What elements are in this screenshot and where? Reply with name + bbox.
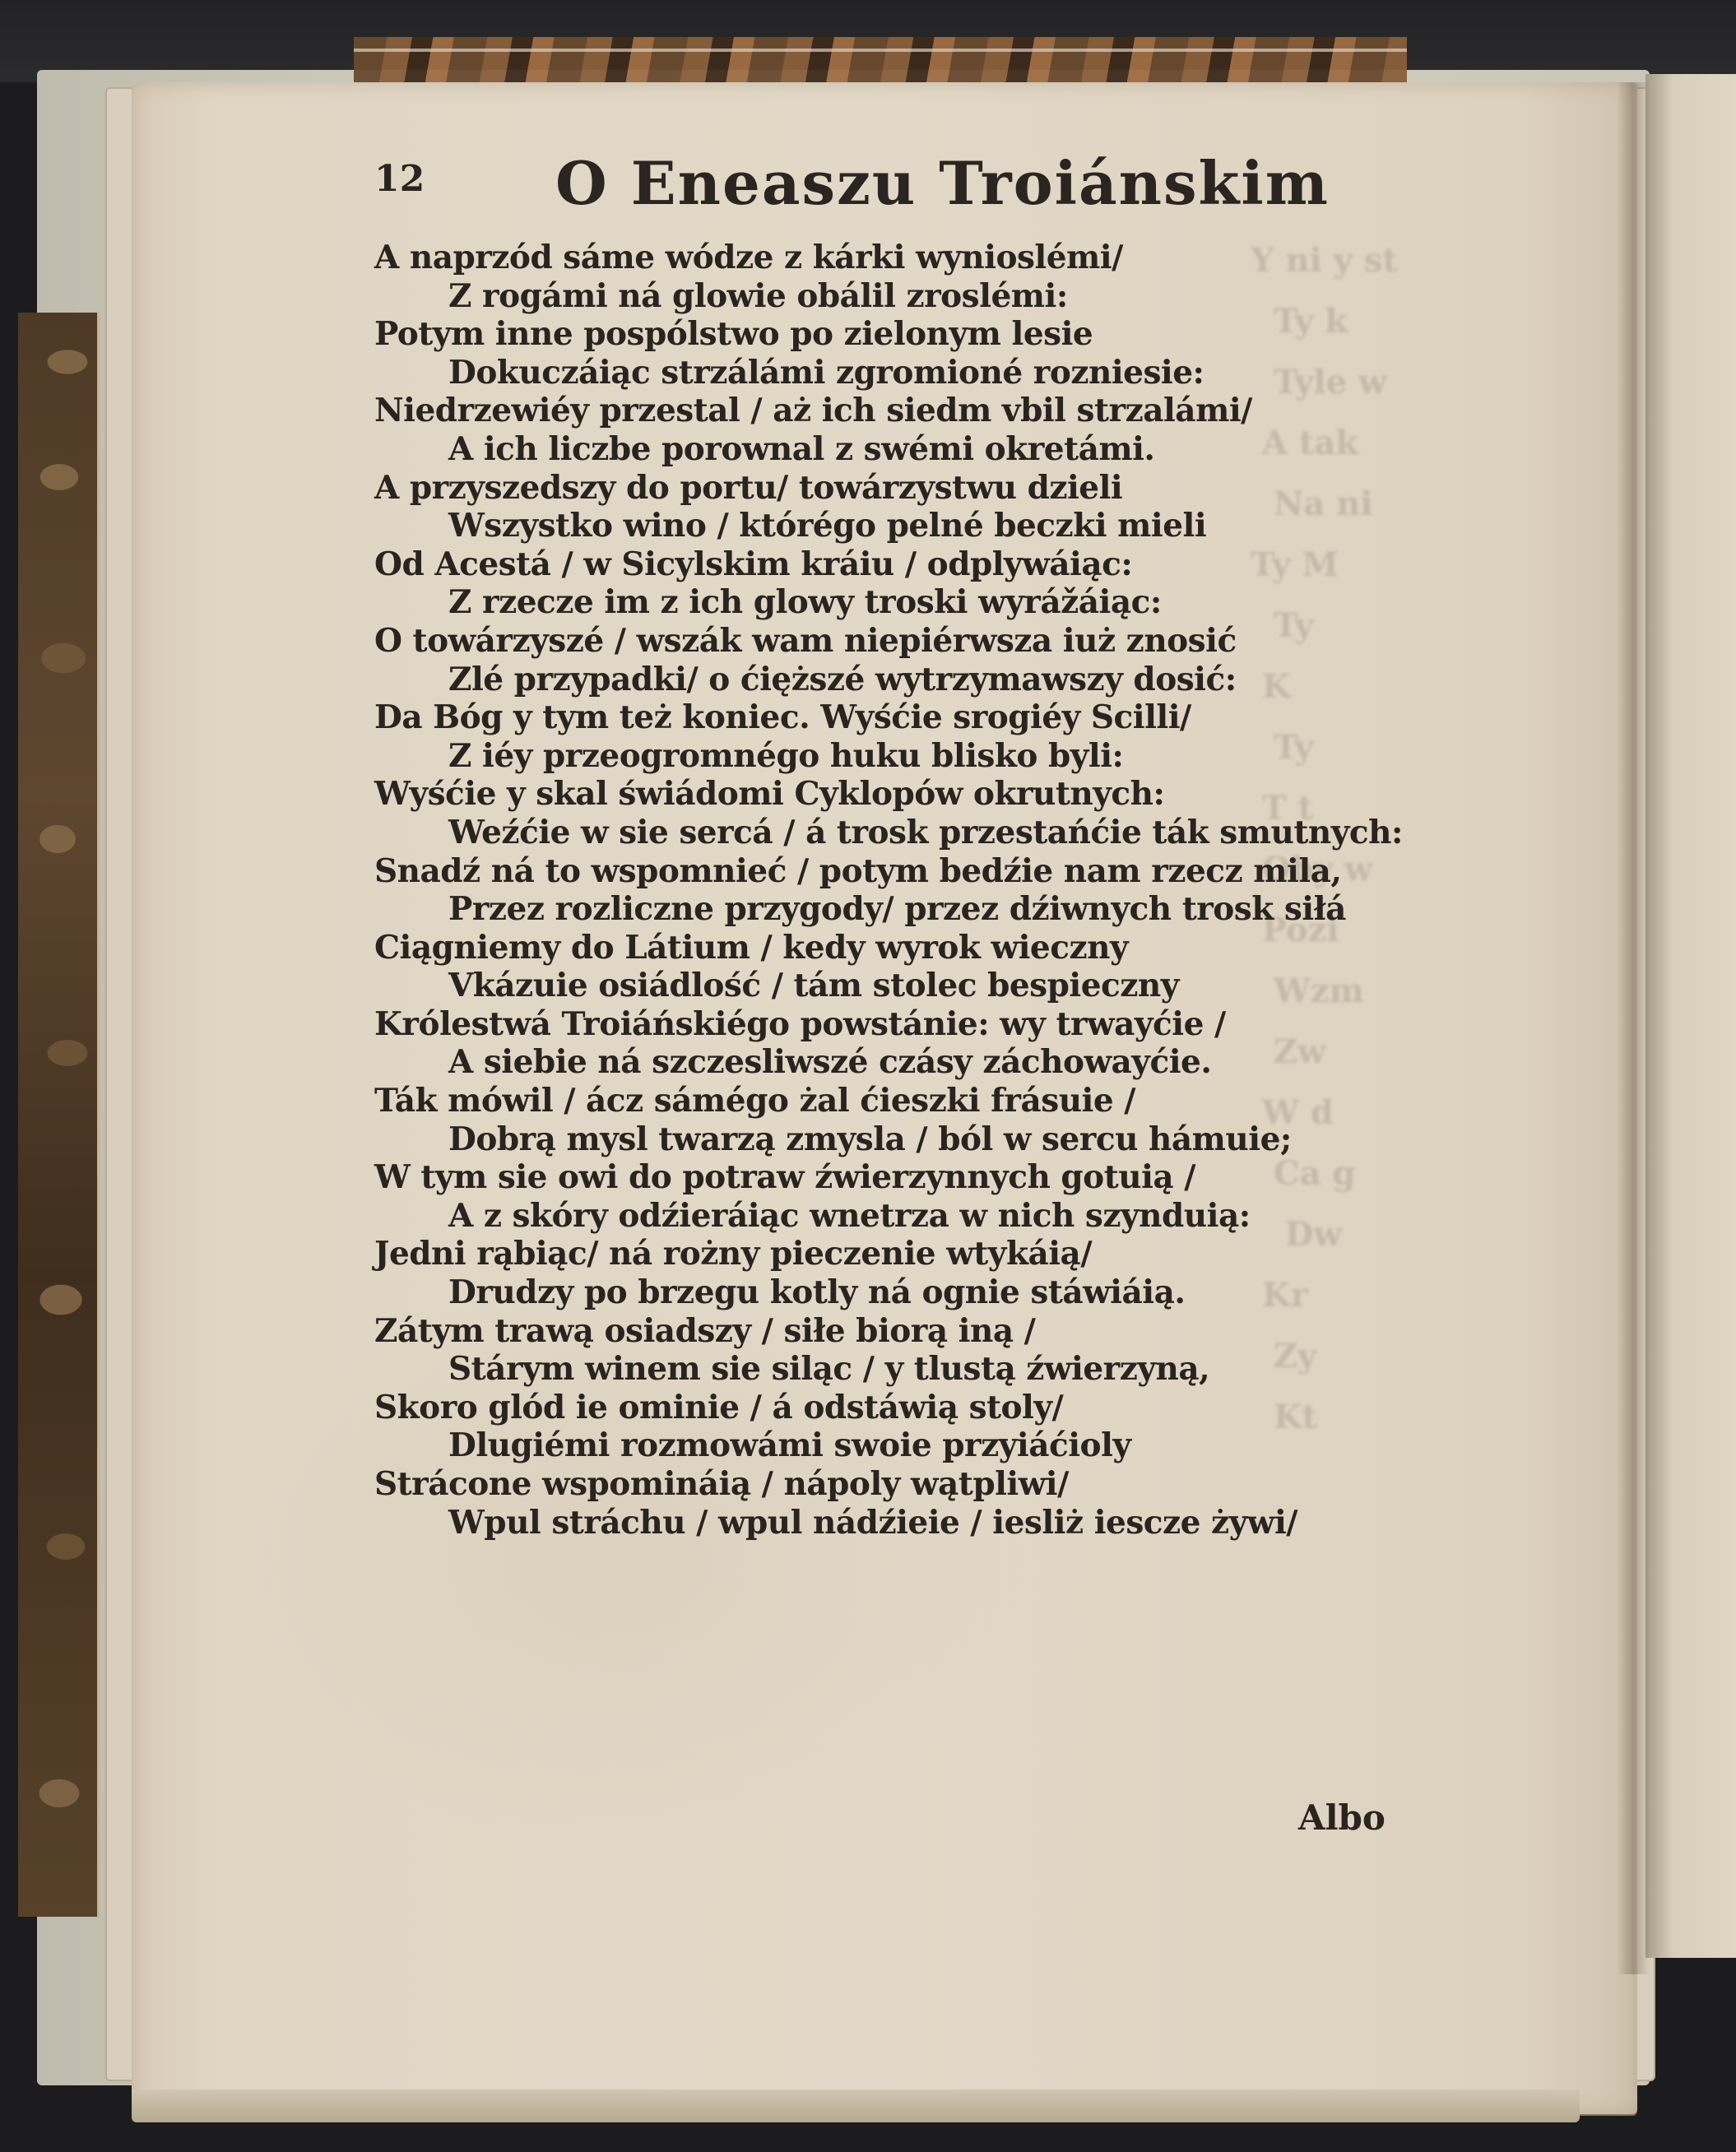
verse-line: Zátym trawą osiadszy / siłe biorą iną / — [374, 1312, 1362, 1351]
verse-line: Jedni rąbiąc/ ná rożny pieczenie wtykáią… — [374, 1235, 1362, 1273]
verse-line: Vkázuie osiádlość / tám stolec bespieczn… — [374, 967, 1362, 1005]
verse-line: Od Acestá / w Sicylskim kráiu / odplywái… — [374, 545, 1362, 584]
verse-line: Potym inne pospólstwo po zielonym lesie — [374, 315, 1362, 354]
verse-line: A przyszedszy do portu/ towárzystwu dzie… — [374, 469, 1362, 508]
page-bottom-edge — [132, 2089, 1580, 2122]
verse-line: Da Bóg y tym też koniec. Wyśćie srogiéy … — [374, 698, 1362, 737]
marbled-edge-top — [354, 37, 1407, 82]
verse-line: Przez rozliczne przygody/ przez dźiwnych… — [374, 890, 1362, 929]
facing-page-edge — [1645, 74, 1736, 1958]
page-text-block: 12 O Eneaszu Troiánskim A naprzód sáme w… — [374, 148, 1362, 1542]
verse-line: Wpul stráchu / wpul nádźieie / iesliż ie… — [374, 1504, 1362, 1542]
verse-line: Wyśćie y skal świádomi Cyklopów okrutnyc… — [374, 775, 1362, 814]
verse-line: Stárym winem sie siląc / y tlustą źwierz… — [374, 1350, 1362, 1389]
verse-line: W tym sie owi do potraw źwierzynnych got… — [374, 1158, 1362, 1197]
verse-line: Weźćie w sie sercá / á trosk przestańćie… — [374, 814, 1362, 852]
catchword: Albo — [1298, 1797, 1386, 1838]
verse-line: Z rzecze im z ich glowy troski wyrážáiąc… — [374, 583, 1362, 622]
verse-line: Z iéy przeogromnégo huku blisko byli: — [374, 737, 1362, 776]
running-head: 12 O Eneaszu Troiánskim — [374, 148, 1362, 239]
verse-line: Królestwá Troiáńskiégo powstánie: wy trw… — [374, 1005, 1362, 1044]
verse-line: Strácone wspomináią / nápoly wątpliwi/ — [374, 1465, 1362, 1504]
verse-line: A z skóry odźieráiąc wnetrza w nich szyn… — [374, 1197, 1362, 1236]
verse-line: Z rogámi ná glowie obálil zroslémi: — [374, 277, 1362, 316]
gutter-fold — [1617, 82, 1650, 1974]
page-title: O Eneaszu Troiánskim — [555, 148, 1330, 218]
verse-line: Dobrą mysl twarzą zmysla / ból w sercu h… — [374, 1120, 1362, 1159]
verse-line: O towárzyszé / wszák wam niepiérwsza iuż… — [374, 622, 1362, 661]
marbled-cover-left — [18, 313, 100, 1917]
verse-line: A ich liczbe porownal z swémi okretámi. — [374, 430, 1362, 469]
verse-line: Ták mówil / ácz sámégo żal ćieszki frásu… — [374, 1082, 1362, 1120]
verse-line: A naprzód sáme wódze z kárki wynioslémi/ — [374, 239, 1362, 277]
verse-line: Wszystko wino / którégo pelné beczki mie… — [374, 507, 1362, 545]
verse-line: A siebie ná szczesliwszé czásy záchowayć… — [374, 1043, 1362, 1082]
verse-line: Niedrzewiéy przestal / aż ich siedm vbil… — [374, 392, 1362, 430]
verse-line: Ciągniemy do Látium / kedy wyrok wieczny — [374, 929, 1362, 967]
page-number: 12 — [374, 158, 425, 200]
verse-line: Drudzy po brzegu kotly ná ognie stáwiáią… — [374, 1273, 1362, 1312]
verse-line: Dlugiémi rozmowámi swoie przyiáćioly — [374, 1426, 1362, 1465]
verse-list: A naprzód sáme wódze z kárki wynioslémi/… — [374, 239, 1362, 1542]
verse-line: Skoro glód ie ominie / á odstáwią stoly/ — [374, 1389, 1362, 1427]
verse-line: Dokuczáiąc strzálámi zgromioné rozniesie… — [374, 354, 1362, 392]
verse-line: Snadź ná to wspomnieć / potym bedźie nam… — [374, 852, 1362, 891]
verse-line: Zlé przypadki/ o ćięższé wytrzymawszy do… — [374, 661, 1362, 699]
